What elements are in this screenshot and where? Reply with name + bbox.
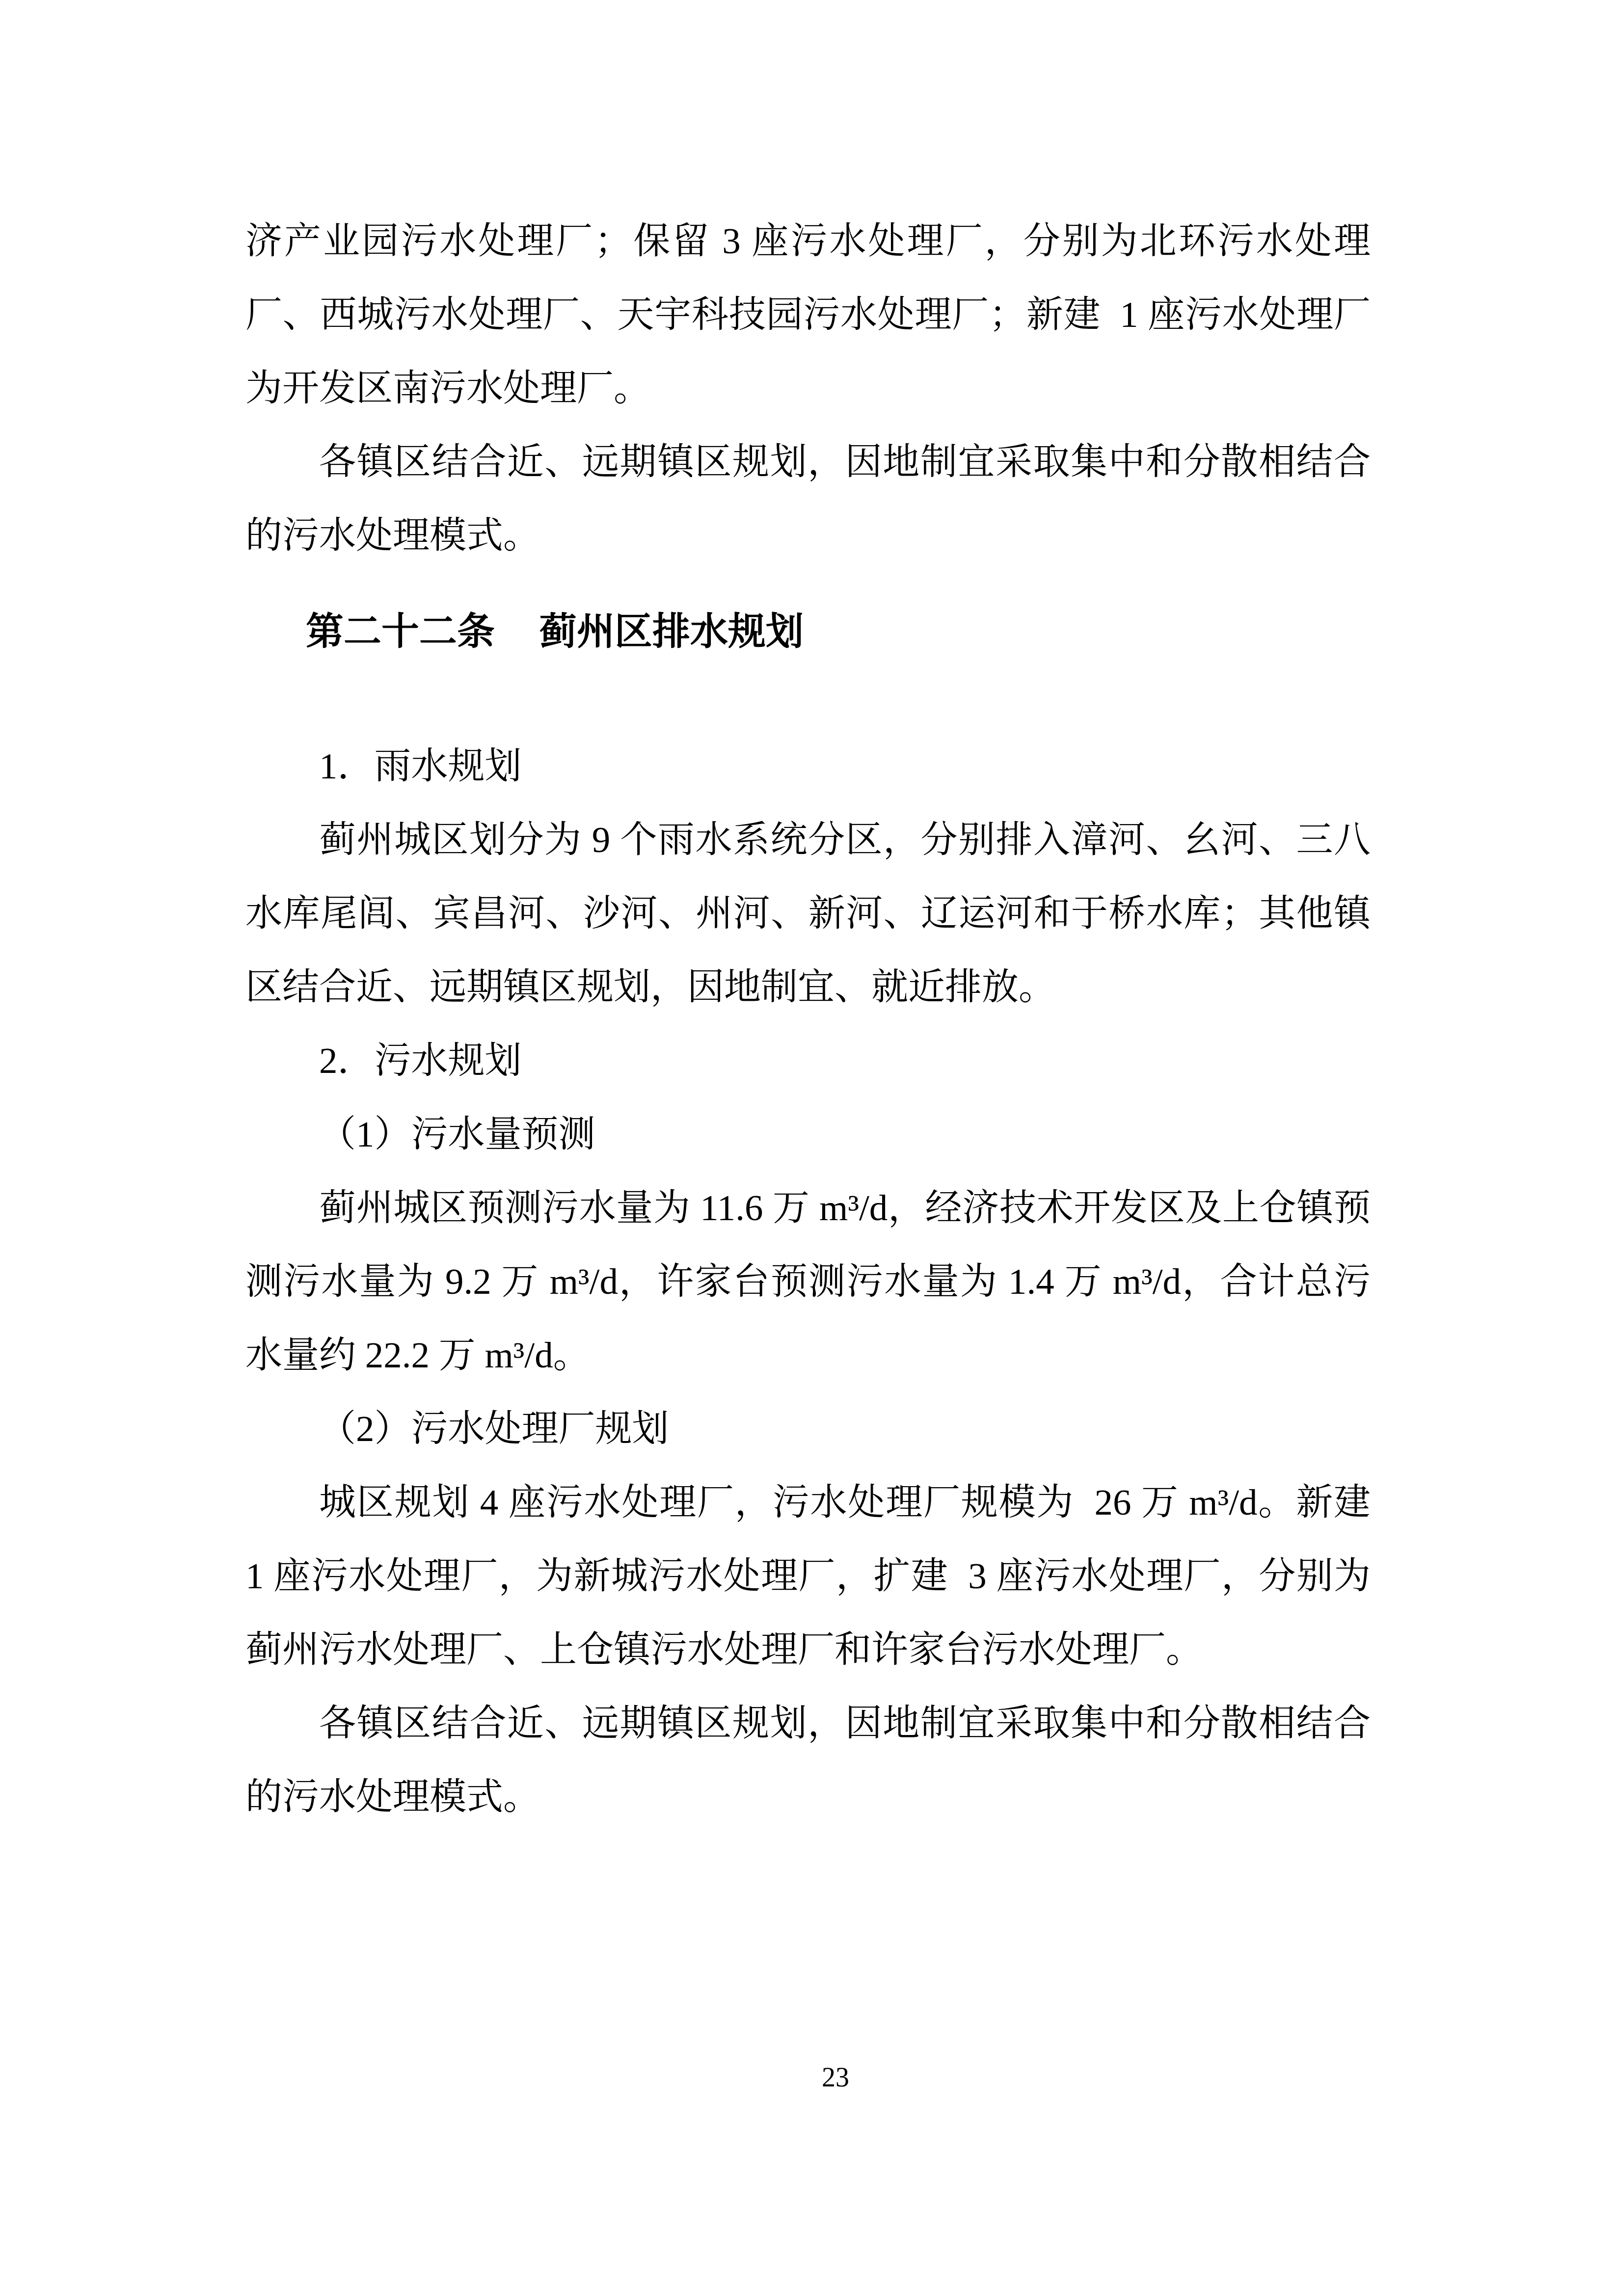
paragraph: 各镇区结合近、远期镇区规划，因地制宜采取集中和分散相结合的污水处理模式。 — [245, 1687, 1371, 1834]
paragraph: 各镇区结合近、远期镇区规划，因地制宜采取集中和分散相结合的污水处理模式。 — [245, 426, 1371, 573]
section-heading-label: 第二十二条 — [306, 611, 495, 653]
section-heading: 第二十二条蓟州区排水规划 — [245, 592, 1371, 671]
sub-item-sewage-volume-forecast: （1）污水量预测 — [245, 1098, 1371, 1172]
paragraph: 蓟州城区预测污水量为 11.6 万 m³/d，经济技术开发区及上仓镇预测污水量为… — [245, 1172, 1371, 1392]
paragraph: 蓟州城区划分为 9 个雨水系统分区，分别排入漳河、幺河、三八水库尾闾、宾昌河、沙… — [245, 803, 1371, 1024]
text-block: 济产业园污水处理厂；保留 3 座污水处理厂，分别为北环污水处理厂、西城污水处理厂… — [245, 205, 1371, 1834]
section-heading-title: 蓟州区排水规划 — [539, 611, 804, 653]
page-number: 23 — [0, 2063, 1616, 2092]
paragraph-continuation: 济产业园污水处理厂；保留 3 座污水处理厂，分别为北环污水处理厂、西城污水处理厂… — [245, 205, 1371, 426]
list-item-sewage-planning: 2．污水规划 — [245, 1024, 1371, 1098]
list-item-rain-planning: 1．雨水规划 — [245, 730, 1371, 803]
paragraph: 城区规划 4 座污水处理厂，污水处理厂规模为 26 万 m³/d。新建 1 座污… — [245, 1466, 1371, 1687]
document-page: 济产业园污水处理厂；保留 3 座污水处理厂，分别为北环污水处理厂、西城污水处理厂… — [0, 0, 1616, 2296]
sub-item-sewage-plant-planning: （2）污水处理厂规划 — [245, 1392, 1371, 1466]
